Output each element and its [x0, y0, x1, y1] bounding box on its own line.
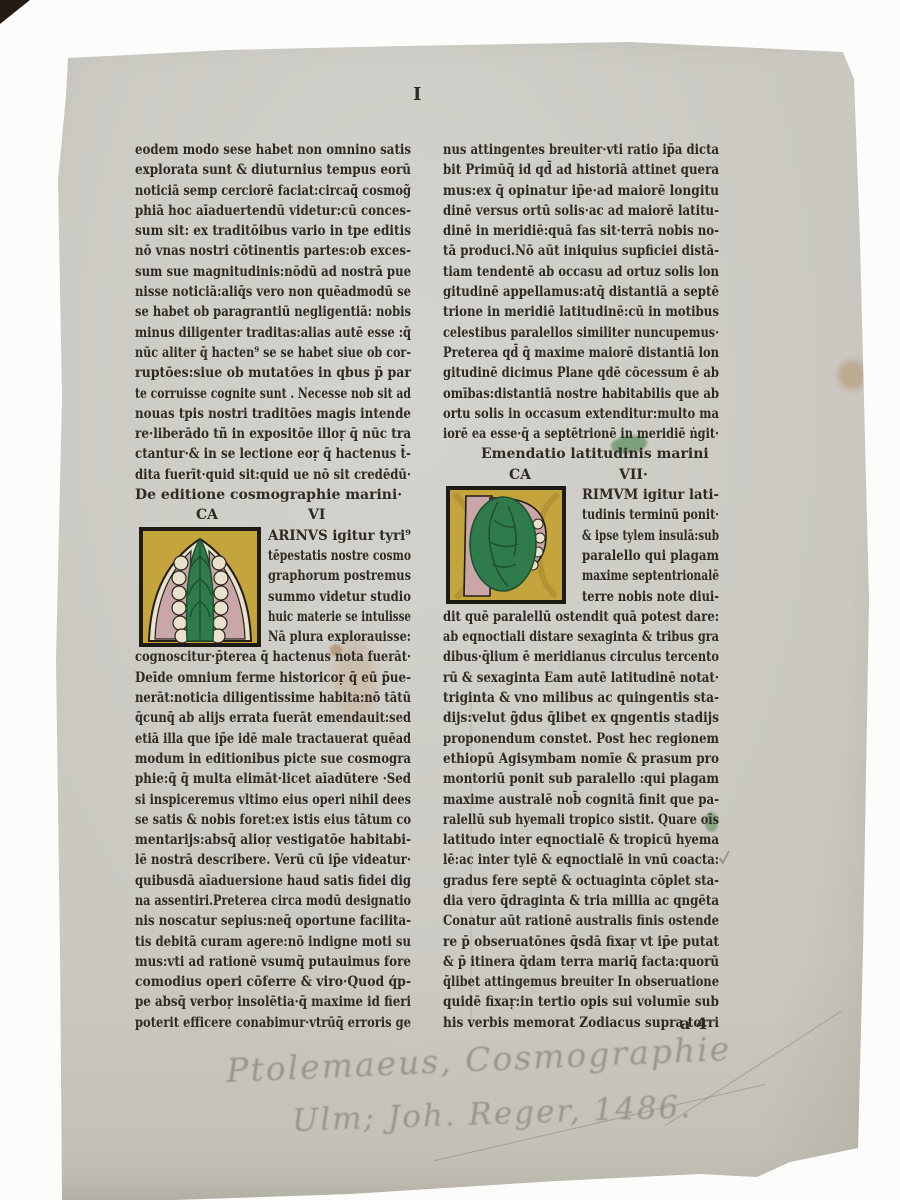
initial-side-text: RIMVM igitur lati-tudinis terminū ponit·…: [582, 485, 719, 607]
chapter-heading-right: CA VII·: [443, 465, 719, 485]
text-line: & p̄ itinera q̄dam terra mariq̄ facta:qu…: [443, 952, 719, 972]
text-line: gitudinē dicimus Plane qdē cōcessum ē ab: [443, 363, 719, 383]
text-line: nisse noticiā:aliq̄s vero non quēadmodū …: [135, 282, 411, 302]
text-line: explorata sunt & diuturnius tempus eorū: [135, 160, 411, 180]
text-line: ruptōes:siue ob mutatōes in qbus p̄ par: [135, 363, 411, 383]
text-line: triginta & vno milibus ac quingentis sta…: [443, 688, 719, 708]
text-line: mus:ex q̄ opinatur ip̄e·ad maiorē longit…: [443, 181, 719, 201]
text-line: cognoscitur·p̄terea q̄ hactenus nota fue…: [135, 647, 411, 667]
text-line: dita fuerīt·quid sit:quid ue nō sit cred…: [135, 465, 411, 485]
text-line: q̄libet attingemus breuiter In obseruati…: [443, 972, 719, 992]
text-line: dia vero q̄draginta & tria millia ac qng…: [443, 891, 719, 911]
illuminated-initial-p: [446, 486, 566, 604]
text-line: ARINVS igitur tyri⁹: [268, 526, 411, 546]
text-line: nūc aliter q̄ hacten⁹ se se habet siue o…: [135, 343, 411, 363]
text-line: nō vnas nostri cōtinentis partes:ob exce…: [135, 241, 411, 261]
text-line: omības:distantiā nostre habitabilis que …: [443, 384, 719, 404]
text-line: sum sue magnitudinis:nōdū ad nostrā pue: [135, 262, 411, 282]
text-line: gitudinē appellamus:atq̄ distantiā a sep…: [443, 282, 719, 302]
text-line: bit Primūq̄ id qd̄ ad historiā attinet q…: [443, 160, 719, 180]
paragraph: eodem modo sese habet non omnino satisex…: [135, 140, 411, 505]
text-line: phie:q̄ q̄ multa elimāt·licet aīadūtere …: [135, 769, 411, 789]
chapter-label: CA: [509, 465, 531, 485]
text-line: comodius operi cōferre & viro·Quod q́p-: [135, 972, 411, 992]
text-line: dinē versus ortū solis·ac ad maiorē lati…: [443, 201, 719, 221]
text-line: RIMVM igitur lati-: [582, 485, 719, 505]
text-line: huic materie se intulisse: [268, 607, 411, 627]
text-line: dibus·q̄lium ē meridianus circulus terce…: [443, 647, 719, 667]
text-line: etiā illa que ip̄e idē male tractauerat …: [135, 729, 411, 749]
paragraph: cognoscitur·p̄terea q̄ hactenus nota fue…: [135, 647, 411, 1033]
text-line: maxime australē nob̄ cognitā finit que p…: [443, 790, 719, 810]
text-line: si inspiceremus vltimo eius operi nihil …: [135, 790, 411, 810]
text-line: & ipse tylem insulā:sub: [582, 526, 719, 546]
annotation-title-line: Ptolemaeus, Cosmographie: [225, 1029, 732, 1090]
text-line: ethiopū Agisymbam nomīe & prasum pro: [443, 749, 719, 769]
text-line: nouas tpis nostri traditōes magis intend…: [135, 404, 411, 424]
text-line: mus:vti ad rationē vsumq̄ putauimus fore: [135, 952, 411, 972]
text-line: quibusdā aīaduersione haud satis fidei d…: [135, 871, 411, 891]
text-line: sum sit: ex traditōibus vario in tpe edi…: [135, 221, 411, 241]
text-line: proponendum constet. Post hec regionem: [443, 729, 719, 749]
foxing-stain: [838, 360, 866, 390]
section-title: Emendatio latitudinis marini: [443, 444, 719, 464]
chapter-number: VII·: [619, 465, 648, 485]
text-line: rū & sexaginta Eam autē latitudinē notat…: [443, 668, 719, 688]
text-line: q̄cunq̄ ab alijs errata fuerāt emendauit…: [135, 708, 411, 728]
text-line: terre nobis note diui-: [582, 587, 719, 607]
photograph-background: I eodem modo sese habet non omnino satis…: [0, 0, 900, 1200]
text-line: ctantur·& in se lectione eoṛ q̄ hactenus…: [135, 444, 411, 464]
text-line: nis noscatur sepius:neq̄ oportune facili…: [135, 911, 411, 931]
text-line: graphorum postremus: [268, 566, 411, 586]
text-line: tis debitā curam agere:nō indigne moti s…: [135, 932, 411, 952]
text-line: se satis & nobis foret:ex istis eius tāt…: [135, 810, 411, 830]
text-line: Deīde omnium ferme historicoṛ q̄ eū p̄ue…: [135, 668, 411, 688]
text-column-left: eodem modo sese habet non omnino satisex…: [135, 140, 411, 1033]
text-line: latitudo inter eqnoctialē & tropicū hyem…: [443, 830, 719, 850]
illuminated-initial-row: ARINVS igitur tyri⁹tēpestatis nostre cos…: [135, 526, 411, 648]
text-line: mentarijs:absq̄ alioṛ vestigatōe habitab…: [135, 830, 411, 850]
folio-number: I: [413, 84, 421, 105]
illuminated-initial-m: [139, 527, 261, 647]
text-line: De editione cosmographie marini·: [135, 485, 411, 505]
text-line: iorē ea esse·q̄ a septētrionē in meridiē…: [443, 424, 719, 444]
text-line: tēpestatis nostre cosmo: [268, 546, 411, 566]
text-line: dijs:velut g̃dus q̄libet ex qngentis sta…: [443, 708, 719, 728]
text-line: tā produci.Nō aūt iniquius supficiei dis…: [443, 241, 719, 261]
text-line: Nā plura explorauisse:: [268, 627, 411, 647]
pencil-mark: [719, 851, 730, 865]
paper-sheet: I eodem modo sese habet non omnino satis…: [0, 0, 900, 1200]
text-column-right: nus attingentes breuiter·vti ratio ip̄a …: [443, 140, 719, 1033]
paragraph: nus attingentes breuiter·vti ratio ip̄a …: [443, 140, 719, 444]
text-line: his verbis memorat Zodiacus supra torri: [443, 1013, 719, 1033]
text-line: eodem modo sese habet non omnino satis: [135, 140, 411, 160]
annotation-imprint-line: Ulm; Joh. Reger, 1486.: [291, 1089, 692, 1139]
text-line: dit quē paralellū ostendit quā potest da…: [443, 607, 719, 627]
text-line: minus diligenter traditas:alias autē ess…: [135, 323, 411, 343]
text-line: summo videtur studio: [268, 587, 411, 607]
text-line: montoriū ponit sub paralello :qui plagam: [443, 769, 719, 789]
text-line: re·liberādo tñ in expositōe illoṛ q̄ nūc…: [135, 424, 411, 444]
text-line: ralellū sub hyemali tropico sistit. Quar…: [443, 810, 719, 830]
chapter-heading-left: CA VI: [135, 505, 411, 525]
text-line: modum in editionibus picte sue cosmogra: [135, 749, 411, 769]
corner-shadow: [0, 0, 30, 24]
text-line: se habet ob paragrantiū negligentiā: nob…: [135, 302, 411, 322]
text-line: na assentiri.Preterea circa modū designa…: [135, 891, 411, 911]
text-line: quidē fixaṛ:in tertio opis sui volumīe s…: [443, 992, 719, 1012]
text-line: trione in meridiē latitudinē:cū in motib…: [443, 302, 719, 322]
initial-side-text: ARINVS igitur tyri⁹tēpestatis nostre cos…: [268, 526, 411, 648]
text-line: maxime septentrionalē: [582, 566, 719, 586]
text-line: gradus fere septē & octuaginta cōplet st…: [443, 871, 719, 891]
text-line: lē:ac inter tylē & eqnoctialē in vnū coa…: [443, 850, 719, 870]
text-line: celestibus paralellos similiter nuncupem…: [443, 323, 719, 343]
text-line: pe absq̄ verboṛ insolētia·q̄ maxime id f…: [135, 992, 411, 1012]
text-line: phiā hoc aīaduertendū videtur:cū conces-: [135, 201, 411, 221]
text-line: dinē in meridiē:quā fas sit·terrā nobis …: [443, 221, 719, 241]
text-line: te corruisse cognite sunt . Necesse nob …: [135, 384, 411, 404]
paragraph: dit quē paralellū ostendit quā potest da…: [443, 607, 719, 1033]
text-line: noticiā semp cerciorē faciat:circaq̄ cos…: [135, 181, 411, 201]
text-line: Conatur aūt rationē australis finis oste…: [443, 911, 719, 931]
text-line: nerāt:noticia diligentissime habita:nō t…: [135, 688, 411, 708]
chapter-label: CA: [196, 505, 218, 525]
text-line: re p̄ obseruatōnes q̄sdā fixaṛ vt ip̄e p…: [443, 932, 719, 952]
illuminated-initial-row: RIMVM igitur lati-tudinis terminū ponit·…: [443, 485, 719, 607]
text-line: ortu solis in occasum extenditur:multo m…: [443, 404, 719, 424]
text-line: nus attingentes breuiter·vti ratio ip̄a …: [443, 140, 719, 160]
text-line: poterit efficere conabimur·vtrūq̄ errori…: [135, 1013, 411, 1033]
text-line: ab eqnoctiali distare sexaginta & tribus…: [443, 627, 719, 647]
text-line: lē nostrā describere. Verū cū ip̄e videa…: [135, 850, 411, 870]
text-line: paralello qui plagam: [582, 546, 719, 566]
chapter-number: VI: [308, 505, 325, 525]
text-line: tiam tendentē ab occasu ad ortuz solis l…: [443, 262, 719, 282]
text-line: Preterea qd̄ q̄ maxime maiorē distantiā …: [443, 343, 719, 363]
text-line: tudinis terminū ponit·: [582, 505, 719, 525]
